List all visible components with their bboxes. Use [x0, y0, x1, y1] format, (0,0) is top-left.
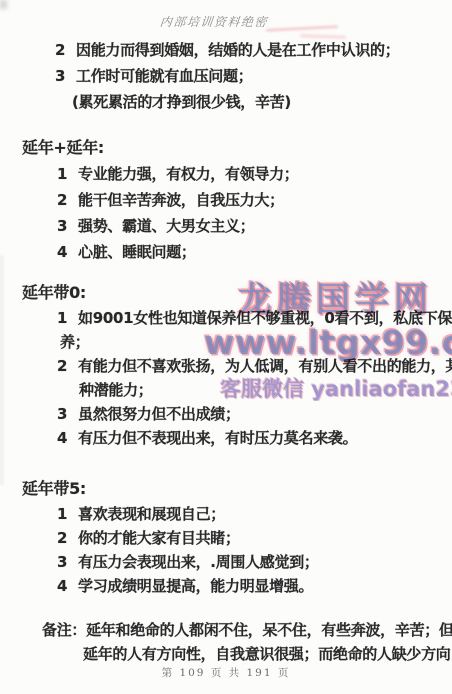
list-item-line: 1喜欢表现和展现自己；: [0, 502, 452, 526]
page-number: 第 109 页 共 191 页: [0, 666, 452, 680]
document-page: 内部培训资料绝密 2因能力而得到婚姻，结婚的人是在工作中认识的； 3工作时可能就…: [0, 0, 452, 694]
list-item-line: 2你的才能大家有目共睹；: [0, 526, 452, 550]
list-item-text: 有压力会表现出来，.周围人感觉到；: [78, 553, 319, 571]
list-item-number: 2: [57, 187, 78, 213]
list-item-text: 你的才能大家有目共睹；: [78, 529, 240, 547]
list-item-line: 4学习成绩明显提高，能力明显增强。: [0, 574, 452, 598]
list-item-line: 1专业能力强，有权力，有领导力；: [0, 161, 452, 187]
list-item-text: 学习成绩明显提高，能力明显增强。: [78, 577, 313, 595]
list-item-text: 有能力但不喜欢张扬，为人低调，有别人看不出的能力，某: [78, 357, 452, 375]
list-item-text: 能干但辛苦奔波，自我压力大；: [78, 191, 284, 209]
list-item-text: 因能力而得到婚姻，结婚的人是在工作中认识的；: [76, 41, 399, 59]
note-line: 备注：延年和绝命的人都闲不住，呆不住，有些奔波，辛苦；但: [0, 618, 452, 642]
note-text: 延年和绝命的人都闲不住，呆不住，有些奔波，辛苦；但: [86, 621, 452, 639]
list-item-number: 3: [57, 402, 78, 426]
list-item-number: 2: [57, 526, 78, 550]
list-item-number: 3: [57, 550, 78, 574]
list-item-continuation: 养；: [0, 330, 452, 354]
list-item-number: 3: [55, 63, 76, 89]
list-item-number: 4: [57, 239, 78, 265]
list-item-text: 喜欢表现和展现自己；: [78, 505, 225, 523]
section-title: 延年带5:: [0, 476, 452, 502]
section-title: 延年+延年:: [0, 135, 452, 161]
list-item-text: 专业能力强，有权力，有领导力；: [78, 165, 299, 183]
list-item-text: 工作时可能就有血压问题；: [76, 67, 252, 85]
list-item-number: 1: [57, 161, 78, 187]
list-item-text: 心脏、睡眠问题；: [78, 243, 196, 261]
document-body: 2因能力而得到婚姻，结婚的人是在工作中认识的； 3工作时可能就有血压问题； (累…: [0, 0, 452, 680]
list-item-number: 1: [57, 306, 78, 330]
list-item-text: 有压力但不表现出来，有时压力莫名来袭。: [78, 429, 357, 447]
list-item-line: 2能干但辛苦奔波，自我压力大；: [0, 187, 452, 213]
list-item-line: 3强势、霸道、大男女主义；: [0, 213, 452, 239]
note-label: 备注：: [42, 618, 86, 642]
list-item-continuation: 种潜能力；: [0, 378, 452, 402]
list-item-text: 如9001女性也知道保养但不够重视，0看不到，私底下保: [78, 309, 452, 327]
list-item-line: 4心脏、睡眠问题；: [0, 239, 452, 265]
list-item-number: 4: [57, 574, 78, 598]
list-item-line: 2因能力而得到婚姻，结婚的人是在工作中认识的；: [0, 37, 452, 63]
list-item-line: 2有能力但不喜欢张扬，为人低调，有别人看不出的能力，某: [0, 354, 452, 378]
list-item-line: 1如9001女性也知道保养但不够重视，0看不到，私底下保: [0, 306, 452, 330]
parenthetical-note: (累死累活的才挣到很少钱，辛苦): [0, 89, 452, 115]
list-item-line: 3有压力会表现出来，.周围人感觉到；: [0, 550, 452, 574]
list-item-number: 2: [57, 354, 78, 378]
section-title: 延年带0:: [0, 280, 452, 306]
list-item-line: 3工作时可能就有血压问题；: [0, 63, 452, 89]
list-item-line: 4有压力但不表现出来，有时压力莫名来袭。: [0, 426, 452, 450]
list-item-number: 4: [57, 426, 78, 450]
list-item-line: 3虽然很努力但不出成绩；: [0, 402, 452, 426]
list-item-number: 1: [57, 502, 78, 526]
note-continuation: 延年的人有方向性，自我意识很强；而绝命的人缺少方向: [0, 642, 452, 666]
list-item-number: 3: [57, 213, 78, 239]
list-item-number: 2: [55, 37, 76, 63]
list-item-text: 虽然很努力但不出成绩；: [78, 405, 240, 423]
list-item-text: 强势、霸道、大男女主义；: [78, 217, 254, 235]
